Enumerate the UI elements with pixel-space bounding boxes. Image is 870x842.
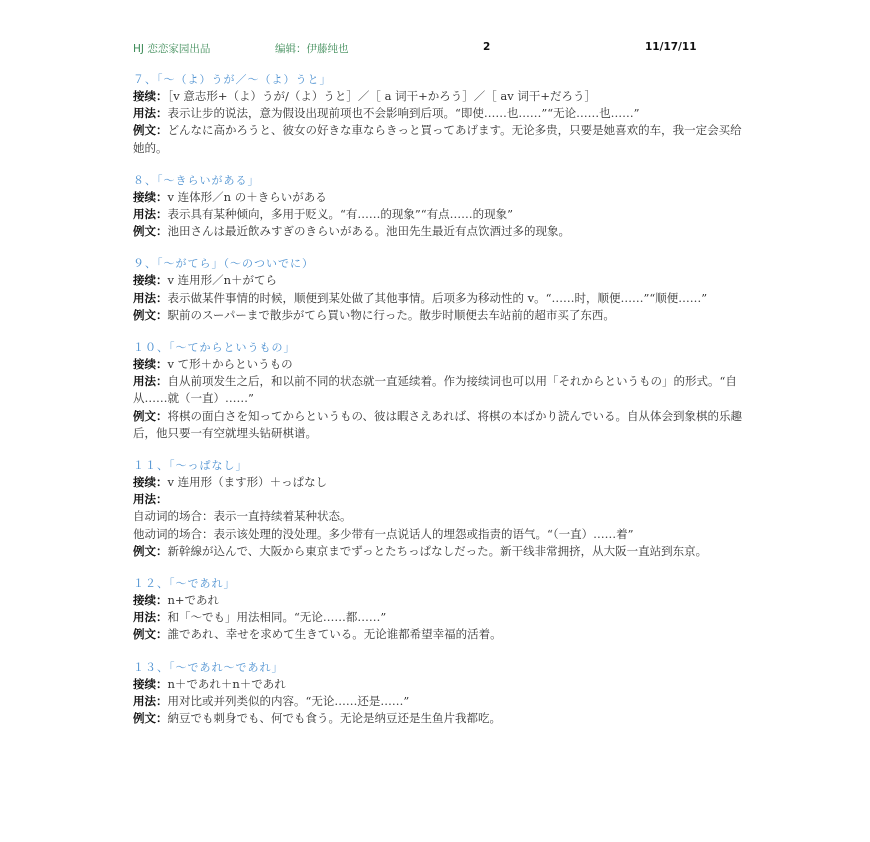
connect-text: v 连体形／n の＋きらいがある [168,190,327,204]
example-line: 例文：池田さんは最近飲みすぎのきらいがある。池田先生最近有点饮酒过多的现象。 [133,223,745,240]
connect-line: 接续：n＋であれ＋n＋であれ [133,676,745,693]
grammar-section-8: ８、「～きらいがある」 接续：v 连体形／n の＋きらいがある 用法：表示具有某… [133,172,745,241]
connect-label: 接续： [133,677,168,691]
example-line: 例文：新幹線が込んで、大阪から東京までずっとたちっぱなしだった。新干线非常拥挤，… [133,543,745,560]
page-header: HJ 恋恋家园出品 编辑：伊藤纯也 2 11/17/11 [133,41,753,57]
usage-line: 用法：表示做某件事情的时候，顺便到某处做了其他事情。后项多为移动性的 v。“……… [133,290,745,307]
grammar-section-12: １２、「～であれ」 接续：n+であれ 用法：和「～でも」用法相同。“无论……都…… [133,575,745,644]
grammar-section-7: ７、「～（よ）うが／～（よ）うと」 接续：［v 意志形+（よ）うが/（よ）うと］… [133,71,745,157]
section-title: ８、「～きらいがある」 [133,172,745,189]
usage-text-intransitive: 自动词的场合：表示一直持续着某种状态。 [133,508,745,525]
example-label: 例文： [133,224,168,238]
example-text: 将棋の面白さを知ってからというもの、彼は暇さえあれば、将棋の本ばかり読んでいる。… [133,409,742,440]
usage-label: 用法： [133,207,168,221]
usage-text: 表示具有某种倾向，多用于贬义。“有……的现象”“有点……的现象” [168,207,514,221]
connect-line: 接续：n+であれ [133,592,745,609]
usage-label: 用法： [133,374,168,388]
connect-line: 接续：v 连体形／n の＋きらいがある [133,189,745,206]
usage-label: 用法： [133,291,168,305]
usage-label: 用法： [133,106,168,120]
connect-line: 接续：［v 意志形+（よ）うが/（よ）うと］／［ a 词干+かろう］／［ av … [133,88,745,105]
section-title: １０、「～てからというもの」 [133,339,745,356]
connect-line: 接续：v て形＋からというもの [133,356,745,373]
example-text: 新幹線が込んで、大阪から東京までずっとたちっぱなしだった。新干线非常拥挤，从大阪… [168,544,708,558]
usage-line: 用法： [133,491,745,508]
connect-text: n+であれ [168,593,220,607]
example-line: 例文：駅前のスーパーまで散歩がてら買い物に行った。散步时顺便去车站前的超市买了东… [133,307,745,324]
connect-text: v て形＋からというもの [168,357,293,371]
example-text: 駅前のスーパーまで散歩がてら買い物に行った。散步时顺便去车站前的超市买了东西。 [168,308,615,322]
usage-line: 用法：和「～でも」用法相同。“无论……都……” [133,609,745,626]
header-date: 11/17/11 [645,41,697,53]
usage-text: 表示让步的说法，意为假设出现前项也不会影响到后项。“即使……也……”“无论……也… [168,106,640,120]
connect-text: ［v 意志形+（よ）うが/（よ）うと］／［ a 词干+かろう］／［ av 词干+… [168,89,597,103]
usage-text-transitive: 他动词的场合：表示该处理的没处理。多少带有一点说话人的埋怨或指责的语气。“（一直… [133,526,745,543]
example-label: 例文： [133,544,168,558]
section-title: ９、「～がてら」（～のついでに） [133,255,745,272]
grammar-section-11: １１、「～っぱなし」 接续：v 连用形（ます形）＋っぱなし 用法： 自动词的场合… [133,457,745,560]
grammar-section-9: ９、「～がてら」（～のついでに） 接续：v 连用形／n＋がてら 用法：表示做某件… [133,255,745,324]
grammar-section-13: １３、「～であれ～であれ」 接续：n＋であれ＋n＋であれ 用法：用对比或并列类似… [133,659,745,728]
example-label: 例文： [133,409,168,423]
connect-line: 接续：v 连用形／n＋がてら [133,272,745,289]
example-text: 納豆でも刺身でも、何でも食う。无论是纳豆还是生鱼片我都吃。 [168,711,502,725]
section-title: １２、「～であれ」 [133,575,745,592]
grammar-section-10: １０、「～てからというもの」 接续：v て形＋からというもの 用法：自从前项发生… [133,339,745,442]
usage-line: 用法：自从前项发生之后，和以前不同的状态就一直延续着。作为接续词也可以用「それか… [133,373,745,407]
usage-text: 自从前项发生之后，和以前不同的状态就一直延续着。作为接续词也可以用「それからとい… [133,374,737,405]
section-title: ７、「～（よ）うが／～（よ）うと」 [133,71,745,88]
example-label: 例文： [133,627,168,641]
connect-label: 接续： [133,475,168,489]
usage-text: 用对比或并列类似的内容。“无论……还是……” [168,694,410,708]
usage-text: 和「～でも」用法相同。“无论……都……” [168,610,387,624]
connect-text: v 连用形（ます形）＋っぱなし [168,475,328,489]
connect-label: 接续： [133,190,168,204]
example-text: どんなに高かろうと、彼女の好きな車ならきっと買ってあげます。无论多贵，只要是她喜… [133,123,742,154]
example-line: 例文：どんなに高かろうと、彼女の好きな車ならきっと買ってあげます。无论多贵，只要… [133,122,745,156]
usage-label: 用法： [133,492,168,506]
connect-label: 接续： [133,357,168,371]
usage-line: 用法：用对比或并列类似的内容。“无论……还是……” [133,693,745,710]
example-label: 例文： [133,308,168,322]
connect-label: 接续： [133,593,168,607]
example-text: 池田さんは最近飲みすぎのきらいがある。池田先生最近有点饮酒过多的现象。 [168,224,571,238]
usage-label: 用法： [133,694,168,708]
connect-label: 接续： [133,89,168,103]
connect-text: v 连用形／n＋がてら [168,273,278,287]
usage-line: 用法：表示让步的说法，意为假设出现前项也不会影响到后项。“即使……也……”“无论… [133,105,745,122]
connect-line: 接续：v 连用形（ます形）＋っぱなし [133,474,745,491]
example-text: 誰であれ、幸せを求めて生きている。无论谁都希望幸福的活着。 [168,627,502,641]
section-title: １３、「～であれ～であれ」 [133,659,745,676]
example-label: 例文： [133,711,168,725]
page-number: 2 [483,41,490,53]
example-label: 例文： [133,123,168,137]
example-line: 例文：将棋の面白さを知ってからというもの、彼は暇さえあれば、将棋の本ばかり読んで… [133,408,745,442]
header-brand: HJ 恋恋家园出品 [133,41,210,56]
example-line: 例文：誰であれ、幸せを求めて生きている。无论谁都希望幸福的活着。 [133,626,745,643]
usage-text: 表示做某件事情的时候，顺便到某处做了其他事情。后项多为移动性的 v。“……时，顺… [168,291,708,305]
usage-label: 用法： [133,610,168,624]
section-title: １１、「～っぱなし」 [133,457,745,474]
connect-text: n＋であれ＋n＋であれ [168,677,286,691]
connect-label: 接续： [133,273,168,287]
example-line: 例文：納豆でも刺身でも、何でも食う。无论是纳豆还是生鱼片我都吃。 [133,710,745,727]
usage-line: 用法：表示具有某种倾向，多用于贬义。“有……的现象”“有点……的现象” [133,206,745,223]
document-body: ７、「～（よ）うが／～（よ）うと」 接续：［v 意志形+（よ）うが/（よ）うと］… [133,71,745,742]
header-editor: 编辑：伊藤纯也 [275,41,349,56]
